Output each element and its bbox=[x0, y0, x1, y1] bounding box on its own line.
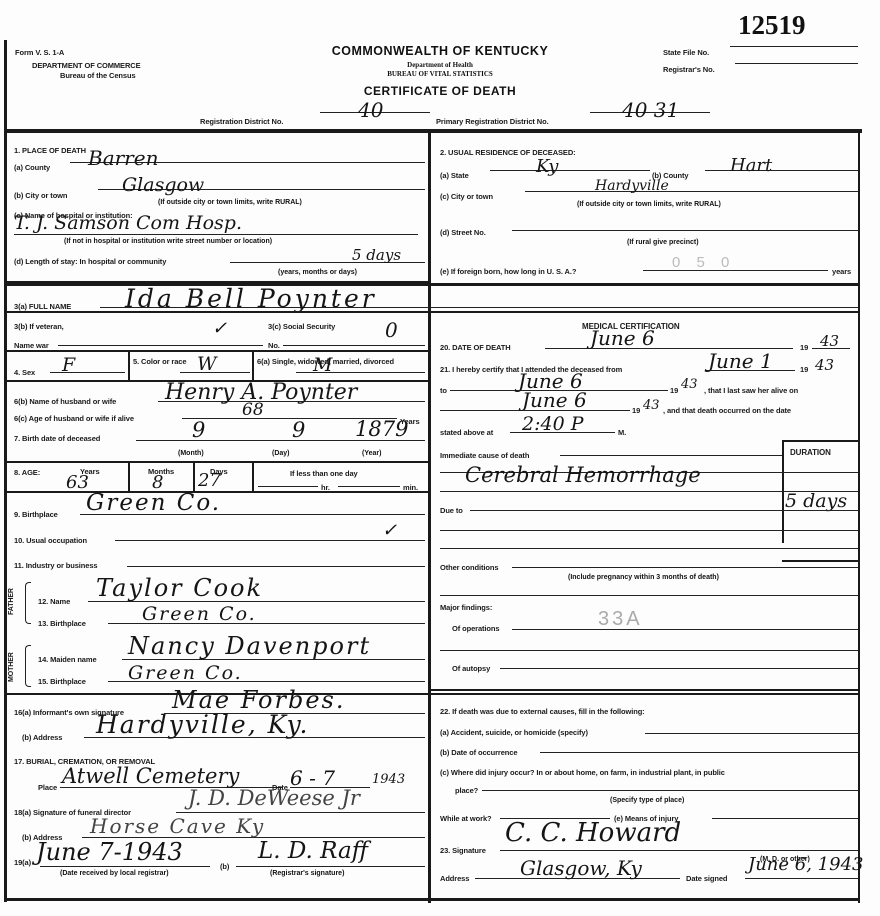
to-label: to bbox=[440, 386, 447, 395]
state-file-field[interactable] bbox=[730, 46, 858, 47]
mother-side-label: MOTHER bbox=[8, 652, 15, 682]
cert-text-2: , that I last saw her alive on bbox=[704, 386, 798, 395]
physician-sig-field[interactable] bbox=[500, 850, 858, 851]
informant-addr-label: (b) Address bbox=[22, 733, 62, 742]
from-year-prefix: 19 bbox=[800, 365, 808, 374]
color-label: 5. Color or race bbox=[133, 355, 183, 368]
years-label: years bbox=[832, 267, 851, 276]
due-to-label: Due to bbox=[440, 506, 463, 515]
reg-district-value: 40 bbox=[358, 98, 383, 122]
less-day-label: If less than one day bbox=[290, 469, 358, 478]
city-label: (b) City or town bbox=[14, 191, 67, 200]
city-note: (If outside city or town limits, write R… bbox=[158, 199, 302, 206]
physician-sig-label: 23. Signature bbox=[440, 846, 486, 855]
autopsy-field[interactable] bbox=[500, 668, 858, 669]
sex-label: 4. Sex bbox=[14, 368, 35, 377]
last-year-prefix: 19 bbox=[632, 406, 640, 415]
stated-label: stated above at bbox=[440, 428, 493, 437]
ssn-label: 3(c) Social Security bbox=[268, 322, 335, 331]
sex-value: F bbox=[62, 354, 75, 376]
hospital-note: (If not in hospital or institution write… bbox=[64, 238, 272, 245]
war-label: Name war bbox=[14, 341, 49, 350]
min-field[interactable] bbox=[338, 486, 400, 487]
dept-health: Department of Health bbox=[290, 61, 590, 69]
physician-address-value: Glasgow, Ky bbox=[520, 856, 642, 880]
certificate-title: CERTIFICATE OF DEATH bbox=[290, 84, 590, 98]
res-city-field[interactable] bbox=[525, 191, 858, 192]
dod-year: 43 bbox=[820, 332, 839, 350]
date-signed-label: Date signed bbox=[686, 874, 727, 883]
other-conditions-field[interactable] bbox=[512, 567, 858, 568]
cause-label-line bbox=[560, 455, 782, 456]
birth-year: 1879 bbox=[355, 417, 408, 441]
res-city-label: (c) City or town bbox=[440, 192, 493, 201]
date-signed-value: June 6, 1943 bbox=[748, 854, 863, 875]
registrar-no-label: Registrar's No. bbox=[663, 65, 715, 74]
birth-month: 9 bbox=[192, 418, 205, 442]
date-signed-field[interactable] bbox=[745, 878, 858, 879]
funeral-director-field[interactable] bbox=[176, 812, 425, 813]
occurrence-date-field[interactable] bbox=[540, 752, 858, 753]
address-label: Address bbox=[440, 874, 469, 883]
state-file-label: State File No. bbox=[663, 48, 709, 57]
duration-value: 5 days bbox=[785, 490, 847, 512]
father-name-value: Taylor Cook bbox=[96, 574, 263, 602]
age-days: 27 bbox=[198, 470, 221, 491]
father-name-label: 12. Name bbox=[38, 597, 70, 606]
attend-from: June 1 bbox=[708, 349, 773, 373]
spouse-label: 6(b) Name of husband or wife bbox=[14, 397, 116, 406]
means-field[interactable] bbox=[712, 818, 858, 819]
last-year: 43 bbox=[643, 398, 660, 413]
full-name-value: Ida Bell Poynter bbox=[125, 284, 377, 313]
res-city-note: (If outside city or town limits, write R… bbox=[577, 201, 721, 208]
industry-field[interactable] bbox=[127, 566, 425, 567]
hospital-value: T. J. Samson Com Hosp. bbox=[14, 212, 242, 234]
stay-note: (years, months or days) bbox=[278, 269, 357, 276]
cert-text-3: , and that death occurred on the date bbox=[663, 406, 791, 415]
year-label: (Year) bbox=[362, 450, 381, 457]
due-to-field-3[interactable] bbox=[440, 548, 858, 549]
county-value: Barren bbox=[88, 146, 158, 170]
file-number: 12519 bbox=[738, 10, 806, 41]
burial-place-label: Place bbox=[38, 783, 57, 792]
operations-stamp: 33A bbox=[598, 608, 643, 631]
other-conditions-field-2[interactable] bbox=[440, 595, 858, 596]
spouse-age-value: 68 bbox=[242, 400, 264, 420]
external-heading: 22. If death was due to external causes,… bbox=[440, 707, 645, 716]
street-label: (d) Street No. bbox=[440, 228, 486, 237]
father-bp-value: Green Co. bbox=[142, 603, 257, 625]
place-note: (Specify type of place) bbox=[610, 797, 684, 804]
accident-label: (a) Accident, suicide, or homicide (spec… bbox=[440, 728, 588, 737]
res-state-label: (a) State bbox=[440, 171, 469, 180]
mother-name-label: 14. Maiden name bbox=[38, 655, 97, 664]
registrar-no-field[interactable] bbox=[735, 63, 858, 64]
fd-address-value: Horse Cave Ky bbox=[90, 814, 265, 838]
document-title: COMMONWEALTH OF KENTUCKY bbox=[290, 44, 590, 58]
filed-date-field[interactable] bbox=[40, 866, 210, 867]
father-bp-label: 13. Birthplace bbox=[38, 619, 86, 628]
physician-sig-value: C. C. Howard bbox=[505, 818, 681, 848]
place-of-death-heading: 1. PLACE OF DEATH bbox=[14, 146, 86, 155]
veteran-label: 3(b) If veteran, bbox=[14, 322, 64, 331]
city-value: Glasgow bbox=[122, 174, 204, 196]
hr-field[interactable] bbox=[258, 486, 318, 487]
res-county-value: Hart bbox=[730, 155, 772, 176]
where-label: (c) Where did injury occur? In or about … bbox=[440, 768, 725, 777]
occurrence-date-label: (b) Date of occurrence bbox=[440, 748, 517, 757]
foreign-field[interactable] bbox=[643, 270, 828, 271]
month-label: (Month) bbox=[178, 450, 204, 457]
at-work-label: While at work? bbox=[440, 814, 492, 823]
to-year: 43 bbox=[681, 377, 698, 392]
major-findings-label: Major findings: bbox=[440, 603, 492, 612]
registrar-field[interactable] bbox=[236, 866, 425, 867]
dept-commerce: DEPARTMENT OF COMMERCE bbox=[32, 61, 141, 70]
due-to-field[interactable] bbox=[470, 510, 858, 511]
place-label: place? bbox=[455, 786, 478, 795]
ssn-field[interactable] bbox=[283, 345, 425, 346]
duration-label: DURATION bbox=[790, 448, 831, 457]
occupation-field[interactable] bbox=[115, 540, 425, 541]
other-conditions-note: (Include pregnancy within 3 months of de… bbox=[568, 574, 719, 581]
to-year-prefix: 19 bbox=[670, 386, 678, 395]
dod-value: June 6 bbox=[590, 326, 655, 350]
burial-year-value: 1943 bbox=[372, 772, 405, 787]
res-city-value: Hardyville bbox=[595, 178, 669, 194]
burial-place-value: Atwell Cemetery bbox=[62, 764, 239, 788]
res-state-field[interactable] bbox=[490, 170, 650, 171]
foreign-label: (e) If foreign born, how long in U. S. A… bbox=[440, 267, 576, 276]
registrar-value: L. D. Raff bbox=[258, 838, 368, 864]
due-to-field-2[interactable] bbox=[440, 530, 858, 531]
birthplace-value: Green Co. bbox=[86, 490, 221, 516]
primary-district-label: Primary Registration District No. bbox=[436, 117, 549, 126]
father-side-label: FATHER bbox=[8, 588, 15, 615]
hospital-field[interactable] bbox=[14, 234, 418, 235]
res-state-value: Ky bbox=[536, 156, 558, 177]
occupation-label: 10. Usual occupation bbox=[14, 536, 87, 545]
veteran-mark: ✓ bbox=[212, 318, 227, 339]
registrar-note: (Registrar's signature) bbox=[270, 870, 344, 877]
occupation-value: ✓ bbox=[382, 520, 397, 541]
res-county-field[interactable] bbox=[705, 170, 858, 171]
last-seen: June 6 bbox=[522, 388, 587, 412]
spouse-age-label: 6(c) Age of husband or wife if alive bbox=[14, 414, 134, 423]
cause-label: Immediate cause of death bbox=[440, 451, 529, 460]
marital-value: M bbox=[313, 354, 332, 376]
bureau-census: Bureau of the Census bbox=[60, 71, 136, 80]
filed-note: (Date received by local registrar) bbox=[60, 870, 169, 877]
mother-name-value: Nancy Davenport bbox=[128, 632, 371, 660]
county-label: (a) County bbox=[14, 163, 50, 172]
m-label: M. bbox=[618, 428, 626, 437]
war-field[interactable] bbox=[58, 345, 263, 346]
birth-label: 7. Birth date of deceased bbox=[14, 434, 100, 443]
bureau-vital: BUREAU OF VITAL STATISTICS bbox=[290, 70, 590, 78]
mother-bp-value: Green Co. bbox=[128, 662, 243, 684]
foreign-stamp: 0 5 0 bbox=[672, 254, 735, 271]
birth-day: 9 bbox=[292, 418, 305, 442]
filed-label: 19(a) bbox=[14, 858, 31, 867]
informant-addr-value: Hardyville, Ky. bbox=[96, 710, 309, 739]
funeral-director-value: J. D. DeWeese Jr bbox=[188, 786, 360, 810]
accident-field[interactable] bbox=[645, 733, 858, 734]
stay-value: 5 days bbox=[352, 246, 401, 264]
marital-label: 6(a) Single, widowed, married, divorced bbox=[257, 355, 422, 368]
operations-field[interactable] bbox=[512, 629, 858, 630]
form-id: Form V. S. 1-A bbox=[15, 48, 64, 57]
from-year: 43 bbox=[815, 356, 834, 374]
street-field[interactable] bbox=[512, 230, 858, 231]
day-label: (Day) bbox=[272, 450, 290, 457]
autopsy-label: Of autopsy bbox=[452, 664, 490, 673]
time-value: 2:40 P bbox=[522, 413, 584, 435]
ssn-value: 0 bbox=[385, 318, 398, 342]
age-label: 8. AGE: bbox=[14, 468, 40, 477]
primary-district-value: 40 31 bbox=[622, 98, 679, 122]
filed-date-value: June 7-1943 bbox=[36, 838, 183, 866]
dod-label: 20. DATE OF DEATH bbox=[440, 343, 511, 352]
color-value: W bbox=[197, 353, 217, 375]
ssn-no-label: No. bbox=[268, 341, 280, 350]
other-conditions-label: Other conditions bbox=[440, 563, 498, 572]
industry-label: 11. Industry or business bbox=[14, 561, 97, 570]
mother-bp-label: 15. Birthplace bbox=[38, 677, 86, 686]
street-note: (If rural give precinct) bbox=[627, 239, 699, 246]
dod-year-prefix: 19 bbox=[800, 343, 808, 352]
registrar-label: (b) bbox=[220, 862, 229, 871]
reg-district-label: Registration District No. bbox=[200, 117, 283, 126]
cause-value: Cerebral Hemorrhage bbox=[465, 463, 701, 487]
stay-label: (d) Length of stay: In hospital or commu… bbox=[14, 257, 166, 266]
operations-label: Of operations bbox=[452, 624, 499, 633]
birthplace-label: 9. Birthplace bbox=[14, 510, 58, 519]
injury-place-field[interactable] bbox=[482, 790, 858, 791]
full-name-label: 3(a) FULL NAME bbox=[14, 302, 71, 311]
operations-field-2[interactable] bbox=[440, 650, 858, 651]
